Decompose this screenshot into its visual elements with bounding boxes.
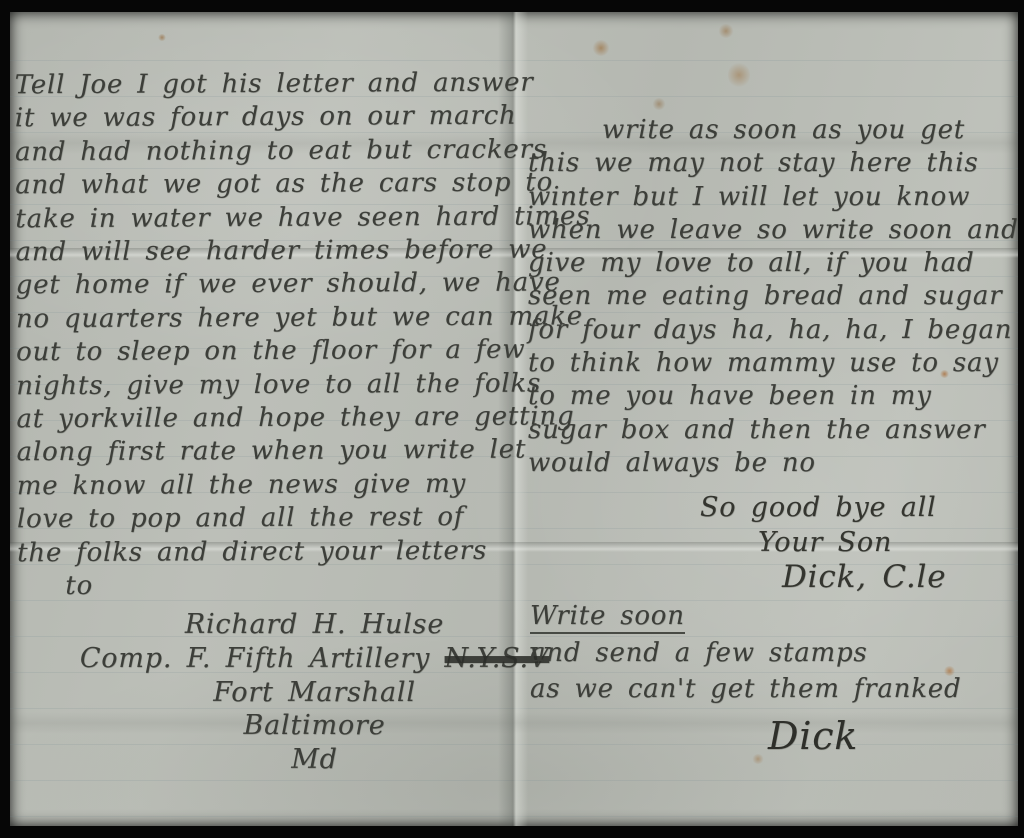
foxing-stain <box>718 24 734 38</box>
handwritten-line: would always be no <box>528 447 1022 480</box>
closing-signature-line: Dick, C.le <box>700 560 946 595</box>
handwritten-line: and had nothing to eat but crackers <box>15 134 501 170</box>
foxing-stain <box>728 62 750 88</box>
right-page-body: write as soon as you get this we may not… <box>528 114 1022 480</box>
postscript-line: and send a few stamps <box>530 635 961 672</box>
handwritten-line: when we leave so write soon and <box>528 214 1022 247</box>
signature: Dick <box>768 714 858 758</box>
handwritten-line: out to sleep on the floor for a few <box>16 334 502 370</box>
handwritten-line: love to pop and all the rest of <box>17 501 503 537</box>
postscript-block: Write soon and send a few stamps as we c… <box>530 598 961 708</box>
handwritten-line: this we may not stay here this <box>528 147 1022 180</box>
handwritten-line: write as soon as you get <box>528 114 1022 147</box>
mailing-address-block: Richard H. Hulse Comp. F. Fifth Artiller… <box>62 608 567 777</box>
postscript-emphasis-line: Write soon <box>530 598 961 635</box>
handwritten-line: me know all the news give my <box>17 468 503 504</box>
handwritten-line: for four days ha, ha, ha, I began <box>528 314 1022 347</box>
handwritten-line: no quarters here yet but we can make <box>16 301 502 337</box>
handwritten-line: at yorkville and hope they are getting <box>16 401 502 437</box>
handwritten-line: and what we got as the cars stop to <box>15 167 501 203</box>
foxing-stain <box>592 40 610 56</box>
foxing-stain <box>158 34 166 41</box>
closing-block: So good bye all Your Son Dick, C.le <box>700 490 946 595</box>
letter-paper: Tell Joe I got his letter and answer it … <box>10 12 1018 826</box>
scanner-background: Tell Joe I got his letter and answer it … <box>0 0 1024 838</box>
handwritten-line: seen me eating bread and sugar <box>528 280 1022 313</box>
address-line-name: Richard H. Hulse <box>62 608 567 642</box>
handwritten-line: take in water we have seen hard times <box>15 200 501 236</box>
handwritten-line: nights, give my love to all the folks <box>16 367 502 403</box>
handwritten-line: winter but I will let you know <box>528 181 1022 214</box>
postscript-line: as we can't get them franked <box>530 671 961 708</box>
handwritten-line: get home if we ever should, we have <box>16 267 502 303</box>
handwritten-line: and will see harder times before we <box>15 234 501 270</box>
address-line-state: Md <box>62 743 567 777</box>
handwritten-line: it we was four days on our march <box>15 100 501 136</box>
handwritten-line: Tell Joe I got his letter and answer <box>15 67 501 103</box>
handwritten-line: sugar box and then the answer <box>528 414 1022 447</box>
foxing-stain <box>752 754 764 764</box>
address-line-city: Baltimore <box>62 709 567 743</box>
handwritten-line: the folks and direct your letters <box>17 534 503 570</box>
handwritten-line: to me you have been in my <box>528 380 1022 413</box>
handwritten-line: to think how mammy use to say <box>528 347 1022 380</box>
handwritten-line: along first rate when you write let <box>17 434 503 470</box>
handwritten-line: to <box>17 568 503 604</box>
address-line-fort: Fort Marshall <box>62 676 567 710</box>
closing-line: Your Son <box>700 525 946 560</box>
left-page-body: Tell Joe I got his letter and answer it … <box>15 67 504 604</box>
underlined-text: Write soon <box>530 601 685 634</box>
handwritten-line: give my love to all, if you had <box>528 247 1022 280</box>
closing-line: So good bye all <box>700 490 946 525</box>
address-line-unit: Comp. F. Fifth Artillery N.Y.S.V <box>62 642 567 676</box>
address-unit-text: Comp. F. Fifth Artillery <box>80 643 430 674</box>
foxing-stain <box>652 98 666 110</box>
